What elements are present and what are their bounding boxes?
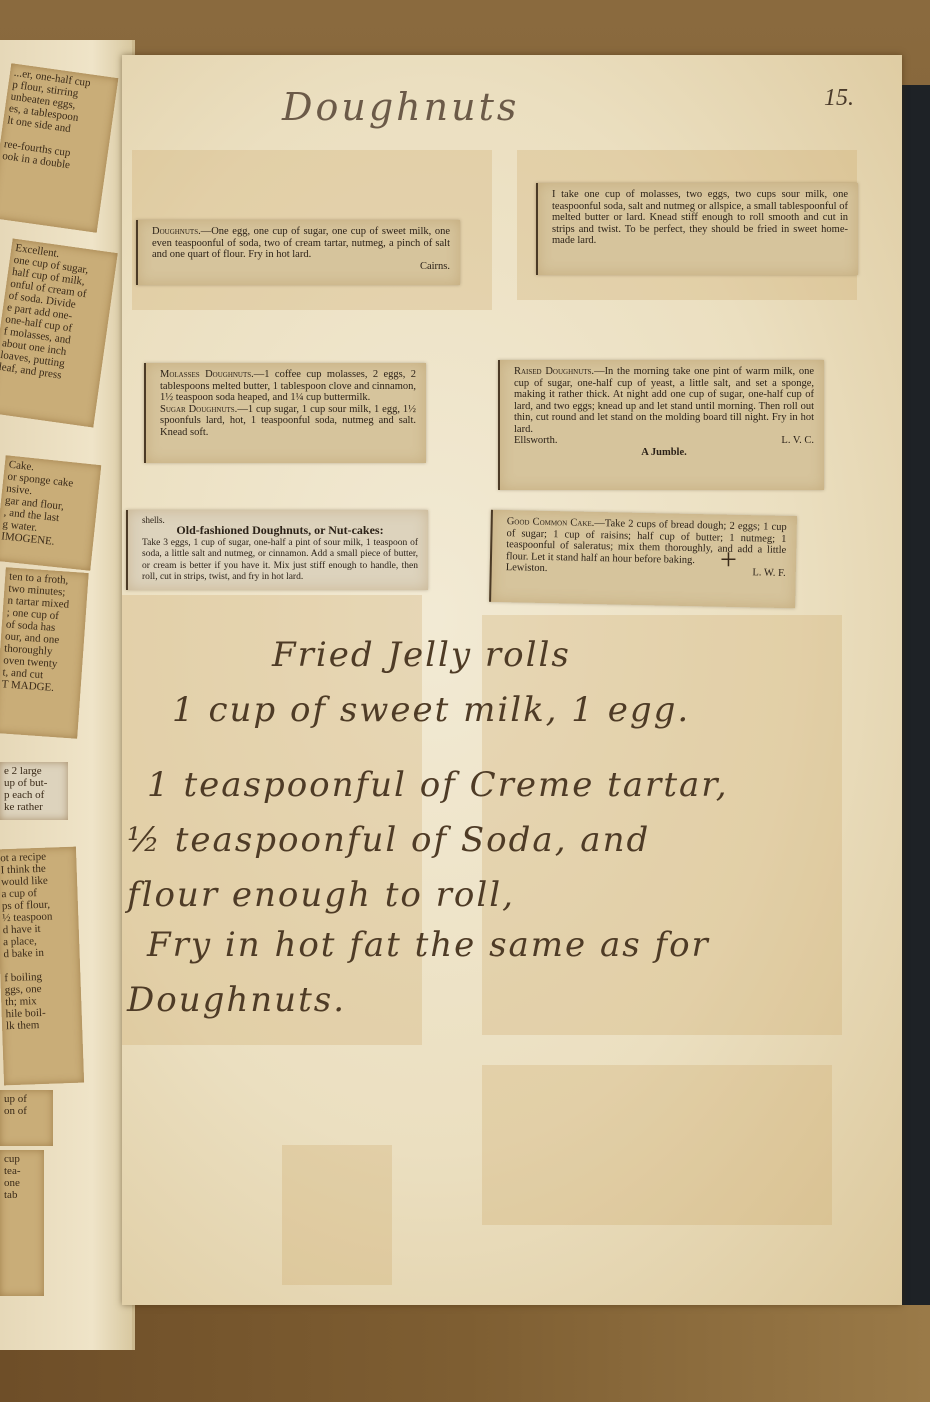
handwritten-line: Doughnuts. [127, 980, 346, 1020]
clipping-title: Old-fashioned Doughnuts, or Nut-cakes: [142, 525, 418, 537]
handwritten-line: 1 teaspoonful of Creme tartar, [147, 765, 729, 805]
clipping-old-fashioned-doughnuts: shells. Old-fashioned Doughnuts, or Nut-… [126, 510, 428, 590]
left-clipping-4: ten to a froth, two minutes; n tartar mi… [0, 567, 89, 738]
clipping-molasses-twists: I take one cup of molasses, two eggs, tw… [536, 183, 858, 275]
left-clipping-6: ot a recipe I think the would like a cup… [0, 847, 84, 1086]
scrapbook-page: Doughnuts 15. Doughnuts.—One egg, one cu… [122, 55, 902, 1305]
clipping-molasses-sugar-doughnuts: Molasses Doughnuts.—1 coffee cup molasse… [144, 363, 426, 463]
handwritten-line: flour enough to roll, [127, 875, 515, 915]
page-title: Doughnuts [282, 85, 519, 129]
left-clipping-5: e 2 large up of but- p each of ke rather [0, 762, 68, 820]
left-clipping-2: Excellent. one cup of sugar, half cup of… [0, 238, 118, 427]
clipping-body: Take 3 eggs, 1 cup of sugar, one-half a … [142, 538, 418, 583]
paste-stain [482, 1065, 832, 1225]
left-clipping-8: cup tea- one tab [0, 1150, 44, 1296]
clipping-raised-doughnuts: Raised Doughnuts.—In the morning take on… [498, 360, 824, 490]
clipping-title: Molasses Doughnuts. [160, 369, 254, 380]
clipping-title-2: Sugar Doughnuts. [160, 404, 237, 415]
handwritten-line: Fry in hot fat the same as for [147, 925, 710, 965]
paste-stain [282, 1145, 392, 1285]
clipping-next-heading: A Jumble. [514, 447, 814, 459]
clipping-title: Raised Doughnuts. [514, 366, 594, 377]
clipping-signature: Cairns. [152, 261, 450, 273]
pencil-cross-mark: + [720, 543, 737, 577]
left-page: ...er, one-half cup p flour, stirring un… [0, 40, 135, 1350]
clipping-signature: L. V. C. [781, 435, 814, 447]
clipping-doughnuts: Doughnuts.—One egg, one cup of sugar, on… [136, 220, 460, 285]
left-clipping-1: ...er, one-half cup p flour, stirring un… [0, 63, 118, 233]
table-surface [0, 1290, 930, 1402]
clipping-body: I take one cup of molasses, two eggs, tw… [552, 189, 848, 246]
handwritten-line: ½ teaspoonful of Soda, and [127, 820, 650, 860]
clipping-place: Ellsworth. [514, 435, 557, 447]
clipping-good-common-cake: Good Common Cake.—Take 2 cups of bread d… [489, 510, 797, 608]
handwritten-title: Fried Jelly rolls [272, 635, 571, 675]
clipping-place: Lewiston. [506, 562, 548, 574]
left-clipping-3: Cake. or sponge cake nsive. gar and flou… [0, 455, 101, 570]
clipping-signature: L. W. F. [752, 567, 786, 579]
clipping-title: Doughnuts. [152, 226, 201, 237]
left-clipping-7: up of on of [0, 1090, 53, 1146]
page-number: 15. [824, 85, 854, 112]
handwritten-line: 1 cup of sweet milk, 1 egg. [172, 690, 690, 730]
